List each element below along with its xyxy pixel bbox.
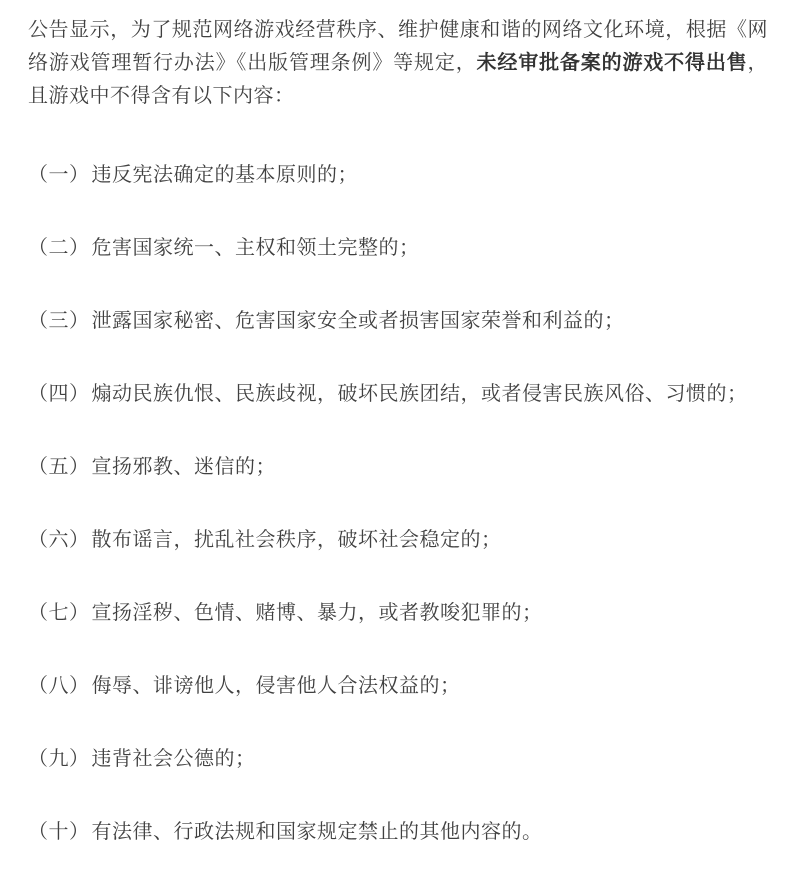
list-item-3: （三）泄露国家秘密、危害国家安全或者损害国家荣誉和利益的； [28, 305, 768, 338]
list-item-8-marker: （八） [28, 675, 90, 697]
list-item-1: （一）违反宪法确定的基本原则的； [28, 159, 768, 192]
list-item-5-text: 宣扬邪教、迷信的； [92, 456, 277, 478]
list-item-4-text: 煽动民族仇恨、民族歧视，破坏民族团结，或者侵害民族风俗、习惯的； [92, 383, 748, 405]
list-item-1-marker: （一） [28, 164, 90, 186]
article-body: 公告显示，为了规范网络游戏经营秩序、维护健康和谐的网络文化环境，根据《网络游戏管… [0, 0, 794, 875]
list-item-7-marker: （七） [28, 602, 90, 624]
list-item-3-text: 泄露国家秘密、危害国家安全或者损害国家荣誉和利益的； [92, 310, 625, 332]
list-item-8-text: 侮辱、诽谤他人，侵害他人合法权益的； [92, 675, 461, 697]
list-item-3-marker: （三） [28, 310, 90, 332]
intro-bold-clause: 未经审批备案的游戏不得出售 [477, 52, 748, 74]
list-item-9: （九）违背社会公德的； [28, 743, 768, 776]
list-item-4: （四）煽动民族仇恨、民族歧视，破坏民族团结，或者侵害民族风俗、习惯的； [28, 378, 768, 411]
list-item-2: （二）危害国家统一、主权和领土完整的； [28, 232, 768, 265]
list-item-10-text: 有法律、行政法规和国家规定禁止的其他内容的。 [92, 821, 543, 843]
list-item-9-marker: （九） [28, 748, 90, 770]
list-item-5-marker: （五） [28, 456, 90, 478]
list-item-6: （六）散布谣言，扰乱社会秩序，破坏社会稳定的； [28, 524, 768, 557]
list-item-10: （十）有法律、行政法规和国家规定禁止的其他内容的。 [28, 816, 768, 849]
list-item-4-marker: （四） [28, 383, 90, 405]
intro-paragraph: 公告显示，为了规范网络游戏经营秩序、维护健康和谐的网络文化环境，根据《网络游戏管… [28, 14, 768, 113]
list-item-2-marker: （二） [28, 237, 90, 259]
page: { "page": { "background_color": "#ffffff… [0, 0, 794, 889]
list-item-5: （五）宣扬邪教、迷信的； [28, 451, 768, 484]
list-item-9-text: 违背社会公德的； [92, 748, 256, 770]
list-item-7: （七）宣扬淫秽、色情、赌博、暴力，或者教唆犯罪的； [28, 597, 768, 630]
list-item-1-text: 违反宪法确定的基本原则的； [92, 164, 359, 186]
list-item-8: （八）侮辱、诽谤他人，侵害他人合法权益的； [28, 670, 768, 703]
list-item-2-text: 危害国家统一、主权和领土完整的； [92, 237, 420, 259]
list-item-6-marker: （六） [28, 529, 90, 551]
list-item-6-text: 散布谣言，扰乱社会秩序，破坏社会稳定的； [92, 529, 502, 551]
list-item-7-text: 宣扬淫秽、色情、赌博、暴力，或者教唆犯罪的； [92, 602, 543, 624]
list-item-10-marker: （十） [28, 821, 90, 843]
